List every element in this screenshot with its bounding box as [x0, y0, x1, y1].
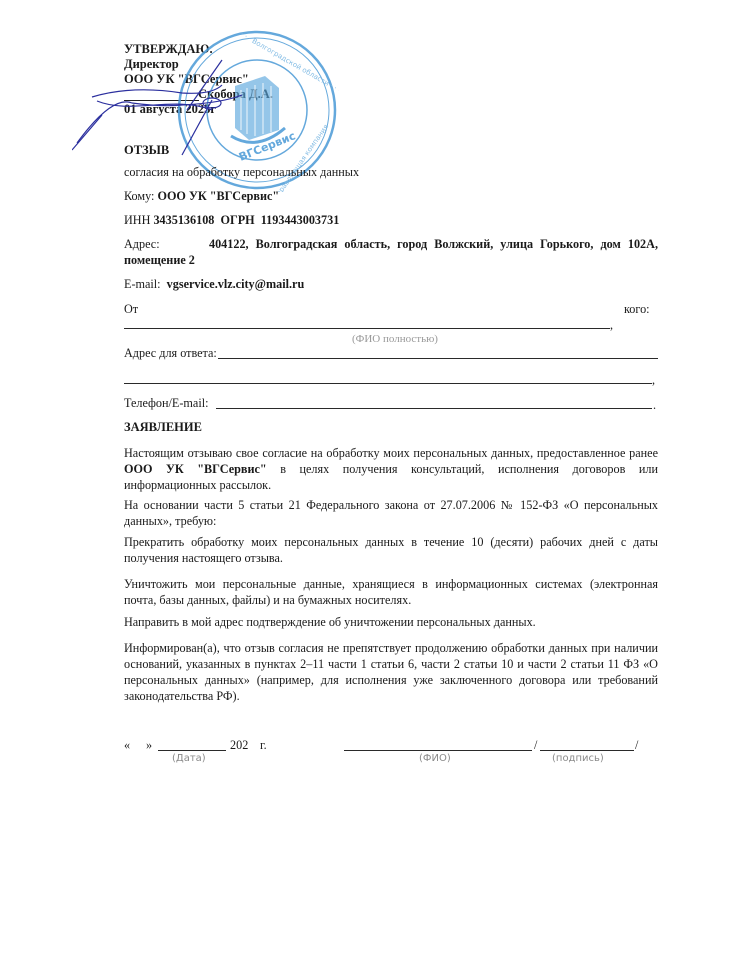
from-label-right: кого:	[624, 302, 650, 317]
statement-paragraph-5: Направить в мой адрес подтверждение об у…	[124, 614, 658, 630]
ogrn-label: ОГРН	[220, 213, 254, 227]
date-field[interactable]	[158, 750, 226, 751]
address-label: Адрес:	[124, 237, 160, 252]
reply-address-comma: ,	[652, 373, 655, 388]
email-line: E-mail: vgservice.vlz.city@mail.ru	[124, 277, 304, 292]
address-line-1: Адрес: 404122, Волгоградская область, го…	[124, 237, 658, 252]
email-label: E-mail:	[124, 277, 161, 291]
statement-heading: ЗАЯВЛЕНИЕ	[124, 420, 202, 435]
footer-fio-field[interactable]	[344, 750, 532, 751]
statement-paragraph-4: Уничтожить мои персональные данные, хран…	[124, 576, 658, 608]
fio-field[interactable]	[124, 328, 610, 329]
recipient-name: ООО УК "ВГСервис"	[157, 189, 279, 203]
statement-paragraph-1: Настоящим отзываю свое согласие на обраб…	[124, 445, 658, 493]
reply-address-field[interactable]	[218, 358, 658, 359]
fio-comma: ,	[610, 318, 613, 333]
slash-2: /	[635, 738, 638, 753]
ogrn-value: 1193443003731	[261, 213, 340, 227]
handwritten-signature-icon	[72, 55, 272, 165]
document-subtitle: согласия на обработку персональных данны…	[124, 165, 359, 180]
phone-email-period: .	[653, 398, 656, 413]
statement-paragraph-6: Информирован(а), что отзыв согласия не п…	[124, 640, 658, 704]
reply-address-field-2[interactable]	[124, 383, 652, 384]
address-value: 404122, Волгоградская область, город Вол…	[209, 237, 658, 252]
p1-text-a: Настоящим отзываю свое согласие на обраб…	[124, 446, 658, 460]
year-prefix: 202	[230, 738, 248, 753]
date-quote-open: «	[124, 738, 130, 753]
document-page: УТВЕРЖДАЮ. Директор ООО УК "ВГСервис" Ск…	[0, 0, 741, 960]
to-label: Кому:	[124, 189, 154, 203]
signature-hint: (подпись)	[552, 753, 604, 764]
footer-signature-field[interactable]	[540, 750, 634, 751]
slash-1: /	[534, 738, 537, 753]
statement-paragraph-3: Прекратить обработку моих персональных д…	[124, 534, 658, 566]
statement-paragraph-2: На основании части 5 статьи 21 Федеральн…	[124, 497, 658, 529]
email-value: vgservice.vlz.city@mail.ru	[167, 277, 305, 291]
address-line-2: помещение 2	[124, 253, 195, 268]
inn-value: 3435136108	[153, 213, 214, 227]
inn-ogrn-line: ИНН 3435136108 ОГРН 1193443003731	[124, 213, 339, 228]
p1-company: ООО УК "ВГСервис"	[124, 462, 267, 476]
phone-email-field[interactable]	[216, 408, 652, 409]
from-label: От	[124, 302, 138, 317]
recipient-line: Кому: ООО УК "ВГСервис"	[124, 189, 279, 204]
date-hint: (Дата)	[172, 753, 206, 764]
fio-hint: (ФИО полностью)	[352, 333, 438, 345]
inn-label: ИНН	[124, 213, 150, 227]
document-title: ОТЗЫВ	[124, 143, 169, 158]
reply-address-label: Адрес для ответа:	[124, 346, 217, 361]
phone-email-label: Телефон/E-mail:	[124, 396, 208, 411]
date-quote-close: »	[146, 738, 152, 753]
year-suffix: г.	[260, 738, 267, 753]
fio-footer-hint: (ФИО)	[419, 753, 451, 764]
